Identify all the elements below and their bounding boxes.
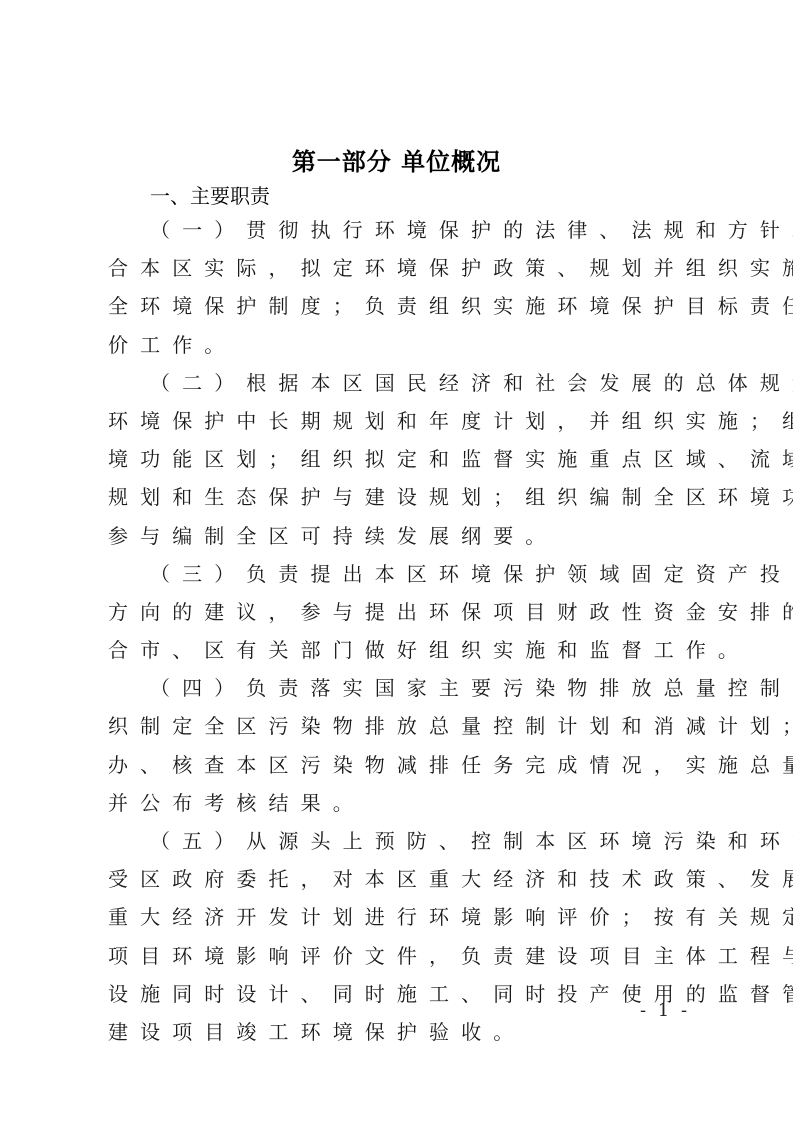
text-line: 织制定全区污染物排放总量控制计划和消减计划；督查、督 <box>108 711 688 749</box>
page-number: - 1 - <box>640 1000 690 1021</box>
text-line: 并公布考核结果。 <box>108 788 688 826</box>
paragraph-5: （五）从源头上预防、控制本区环境污染和环境破坏。 受区政府委托，对本区重大经济和… <box>108 826 688 1055</box>
section-heading: 一、主要职责 <box>150 180 270 209</box>
text-line: 环境保护中长期规划和年度计划，并组织实施；组织编制环 <box>108 406 688 444</box>
text-line: 办、核查本区污染物减排任务完成情况，实施总量减排考核 <box>108 750 688 788</box>
paragraph-1: （一）贯彻执行环境保护的法律、法规和方针政策；结 合本区实际，拟定环境保护政策、… <box>108 215 688 368</box>
text-line: （一）贯彻执行环境保护的法律、法规和方针政策；结 <box>108 215 688 253</box>
text-line: 价工作。 <box>108 330 688 368</box>
text-line: 境功能区划；组织拟定和监督实施重点区域、流域污染防治 <box>108 444 688 482</box>
text-line: 合市、区有关部门做好组织实施和监督工作。 <box>108 635 688 673</box>
text-line: 规划和生态保护与建设规划；组织编制全区环境功能区划， <box>108 482 688 520</box>
text-line: 建设项目竣工环境保护验收。 <box>108 1017 688 1055</box>
text-line: （五）从源头上预防、控制本区环境污染和环境破坏。 <box>108 826 688 864</box>
document-page: 第一部分 单位概况 一、主要职责 （一）贯彻执行环境保护的法律、法规和方针政策；… <box>0 0 793 1122</box>
text-line: 设施同时设计、同时施工、同时投产使用的监督管理，负责 <box>108 979 688 1017</box>
paragraph-4: （四）负责落实国家主要污染物排放总量控制目标，组 织制定全区污染物排放总量控制计… <box>108 673 688 826</box>
text-line: （三）负责提出本区环境保护领域固定资产投资规模和 <box>108 559 688 597</box>
paragraph-2: （二）根据本区国民经济和社会发展的总体规划，编制 环境保护中长期规划和年度计划，… <box>108 368 688 559</box>
paragraph-3: （三）负责提出本区环境保护领域固定资产投资规模和 方向的建议，参与提出环保项目财… <box>108 559 688 674</box>
document-body: （一）贯彻执行环境保护的法律、法规和方针政策；结 合本区实际，拟定环境保护政策、… <box>108 215 688 1055</box>
text-line: （二）根据本区国民经济和社会发展的总体规划，编制 <box>108 368 688 406</box>
text-line: 参与编制全区可持续发展纲要。 <box>108 521 688 559</box>
page-title: 第一部分 单位概况 <box>0 142 793 177</box>
text-line: 重大经济开发计划进行环境影响评价；按有关规定审批建设 <box>108 902 688 940</box>
text-line: 方向的建议，参与提出环保项目财政性资金安排的建议，配 <box>108 597 688 635</box>
text-line: 全环境保护制度；负责组织实施环境保护目标责任制考核评 <box>108 291 688 329</box>
text-line: 受区政府委托，对本区重大经济和技术政策、发展规划以及 <box>108 864 688 902</box>
text-line: 合本区实际，拟定环境保护政策、规划并组织实施，建立健 <box>108 253 688 291</box>
text-line: 项目环境影响评价文件，负责建设项目主体工程与环境保护 <box>108 941 688 979</box>
text-line: （四）负责落实国家主要污染物排放总量控制目标，组 <box>108 673 688 711</box>
